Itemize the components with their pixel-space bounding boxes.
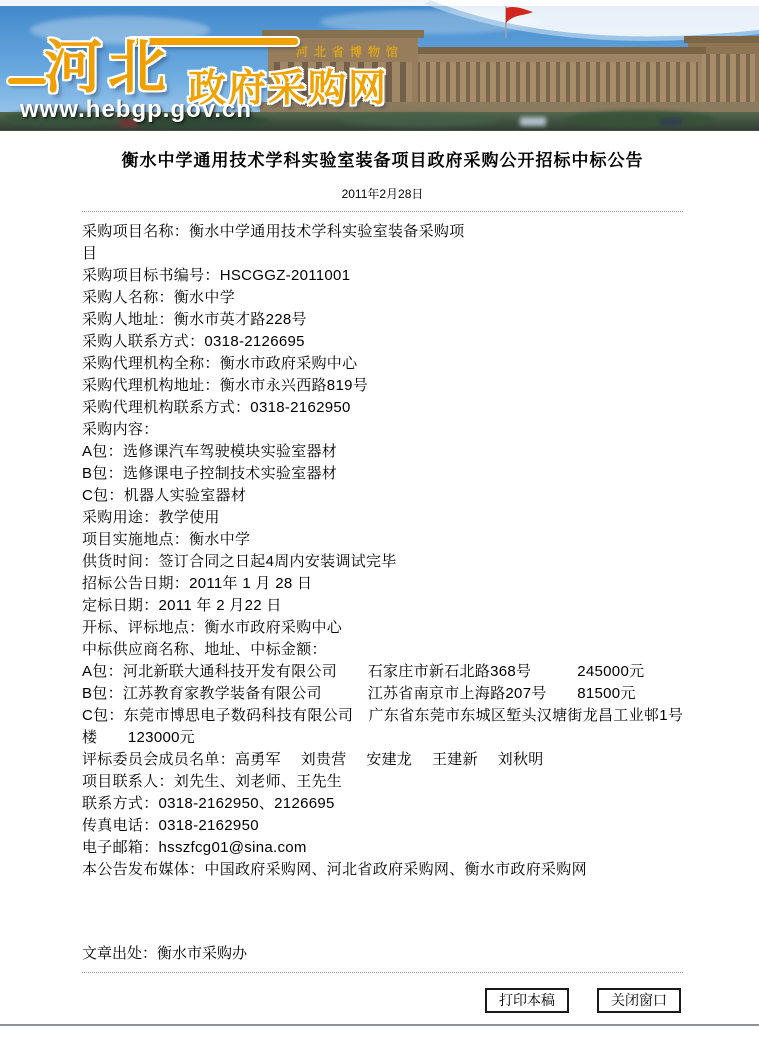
body-line: 评标委员会成员名单：高勇军 刘贵营 安建龙 王建新 刘秋明 xyxy=(82,749,683,771)
page: { "colors": { "brand_gold": "#f0a202", "… xyxy=(0,0,759,1049)
body-line: 项目实施地点：衡水中学 xyxy=(82,529,683,551)
body-line: 楼 123000元 xyxy=(82,727,683,749)
announcement-body: 采购项目名称：衡水中学通用技术学科实验室装备采购项目采购项目标书编号：HSCGG… xyxy=(82,221,683,881)
body-line: 采购代理机构联系方式：0318-2162950 xyxy=(82,397,683,419)
body-line: 采购代理机构全称：衡水市政府采购中心 xyxy=(82,353,683,375)
body-line: 采购用途：教学使用 xyxy=(82,507,683,529)
footer-divider xyxy=(0,1024,759,1026)
body-line: B包：选修课电子控制技术实验室器材 xyxy=(82,463,683,485)
body-line: 定标日期：2011 年 2 月22 日 xyxy=(82,595,683,617)
body-line: 联系方式：0318-2162950、2126695 xyxy=(82,793,683,815)
body-line: 采购人联系方式：0318-2126695 xyxy=(82,331,683,353)
body-line: 采购人地址：衡水市英才路228号 xyxy=(82,309,683,331)
body-line: 项目联系人：刘先生、刘老师、王先生 xyxy=(82,771,683,793)
logo-speedline-bar-left xyxy=(8,78,46,84)
body-line: 供货时间：签订合同之日起4周内安装调试完毕 xyxy=(82,551,683,573)
body-line: C包：东莞市博思电子数码科技有限公司 广东省东莞市东城区堑头汉塘街龙昌工业邨1号 xyxy=(82,705,683,727)
body-line: 目 xyxy=(82,243,683,265)
body-line: 开标、评标地点：衡水市政府采购中心 xyxy=(82,617,683,639)
body-line: 采购人名称：衡水中学 xyxy=(82,287,683,309)
body-line: 电子邮箱：hsszfcg01@sina.com xyxy=(82,837,683,859)
page-title: 衡水中学通用技术学科实验室装备项目政府采购公开招标中标公告 xyxy=(82,146,683,171)
action-button-row: 打印本稿 关闭窗口 xyxy=(82,988,683,1013)
dotted-separator-top xyxy=(82,211,683,212)
body-line: 招标公告日期：2011年 1 月 28 日 xyxy=(82,573,683,595)
site-logo-part1: 河北 xyxy=(44,20,172,104)
body-line: 本公告发布媒体：中国政府采购网、河北省政府采购网、衡水市政府采购网 xyxy=(82,859,683,881)
body-line: B包：江苏教育家教学装备有限公司 江苏省南京市上海路207号 81500元 xyxy=(82,683,683,705)
body-line: 采购项目标书编号：HSCGGZ-2011001 xyxy=(82,265,683,287)
body-line: 中标供应商名称、地址、中标金额： xyxy=(82,639,683,661)
body-line: 传真电话：0318-2162950 xyxy=(82,815,683,837)
body-line: 采购代理机构地址：衡水市永兴西路819号 xyxy=(82,375,683,397)
body-line: C包：机器人实验室器材 xyxy=(82,485,683,507)
announcement-date: 2011年2月28日 xyxy=(82,185,683,202)
body-line: A包：河北新联大通科技开发有限公司 石家庄市新石北路368号 245000元 xyxy=(82,661,683,683)
print-button[interactable]: 打印本稿 xyxy=(485,988,569,1013)
body-line: 采购内容： xyxy=(82,419,683,441)
body-line: 采购项目名称：衡水中学通用技术学科实验室装备采购项 xyxy=(82,221,683,243)
announcement-content: 衡水中学通用技术学科实验室装备项目政府采购公开招标中标公告 2011年2月28日… xyxy=(0,146,759,1013)
site-banner: 河北省博物馆 河北 政府采购网 www.hebgp.gov.cn xyxy=(0,0,759,131)
dotted-separator-bottom xyxy=(82,972,683,973)
article-source: 文章出处：衡水市采购办 xyxy=(82,943,683,965)
close-window-button[interactable]: 关闭窗口 xyxy=(597,988,681,1013)
site-url: www.hebgp.gov.cn xyxy=(20,96,252,124)
body-line: A包：选修课汽车驾驶模块实验室器材 xyxy=(82,441,683,463)
